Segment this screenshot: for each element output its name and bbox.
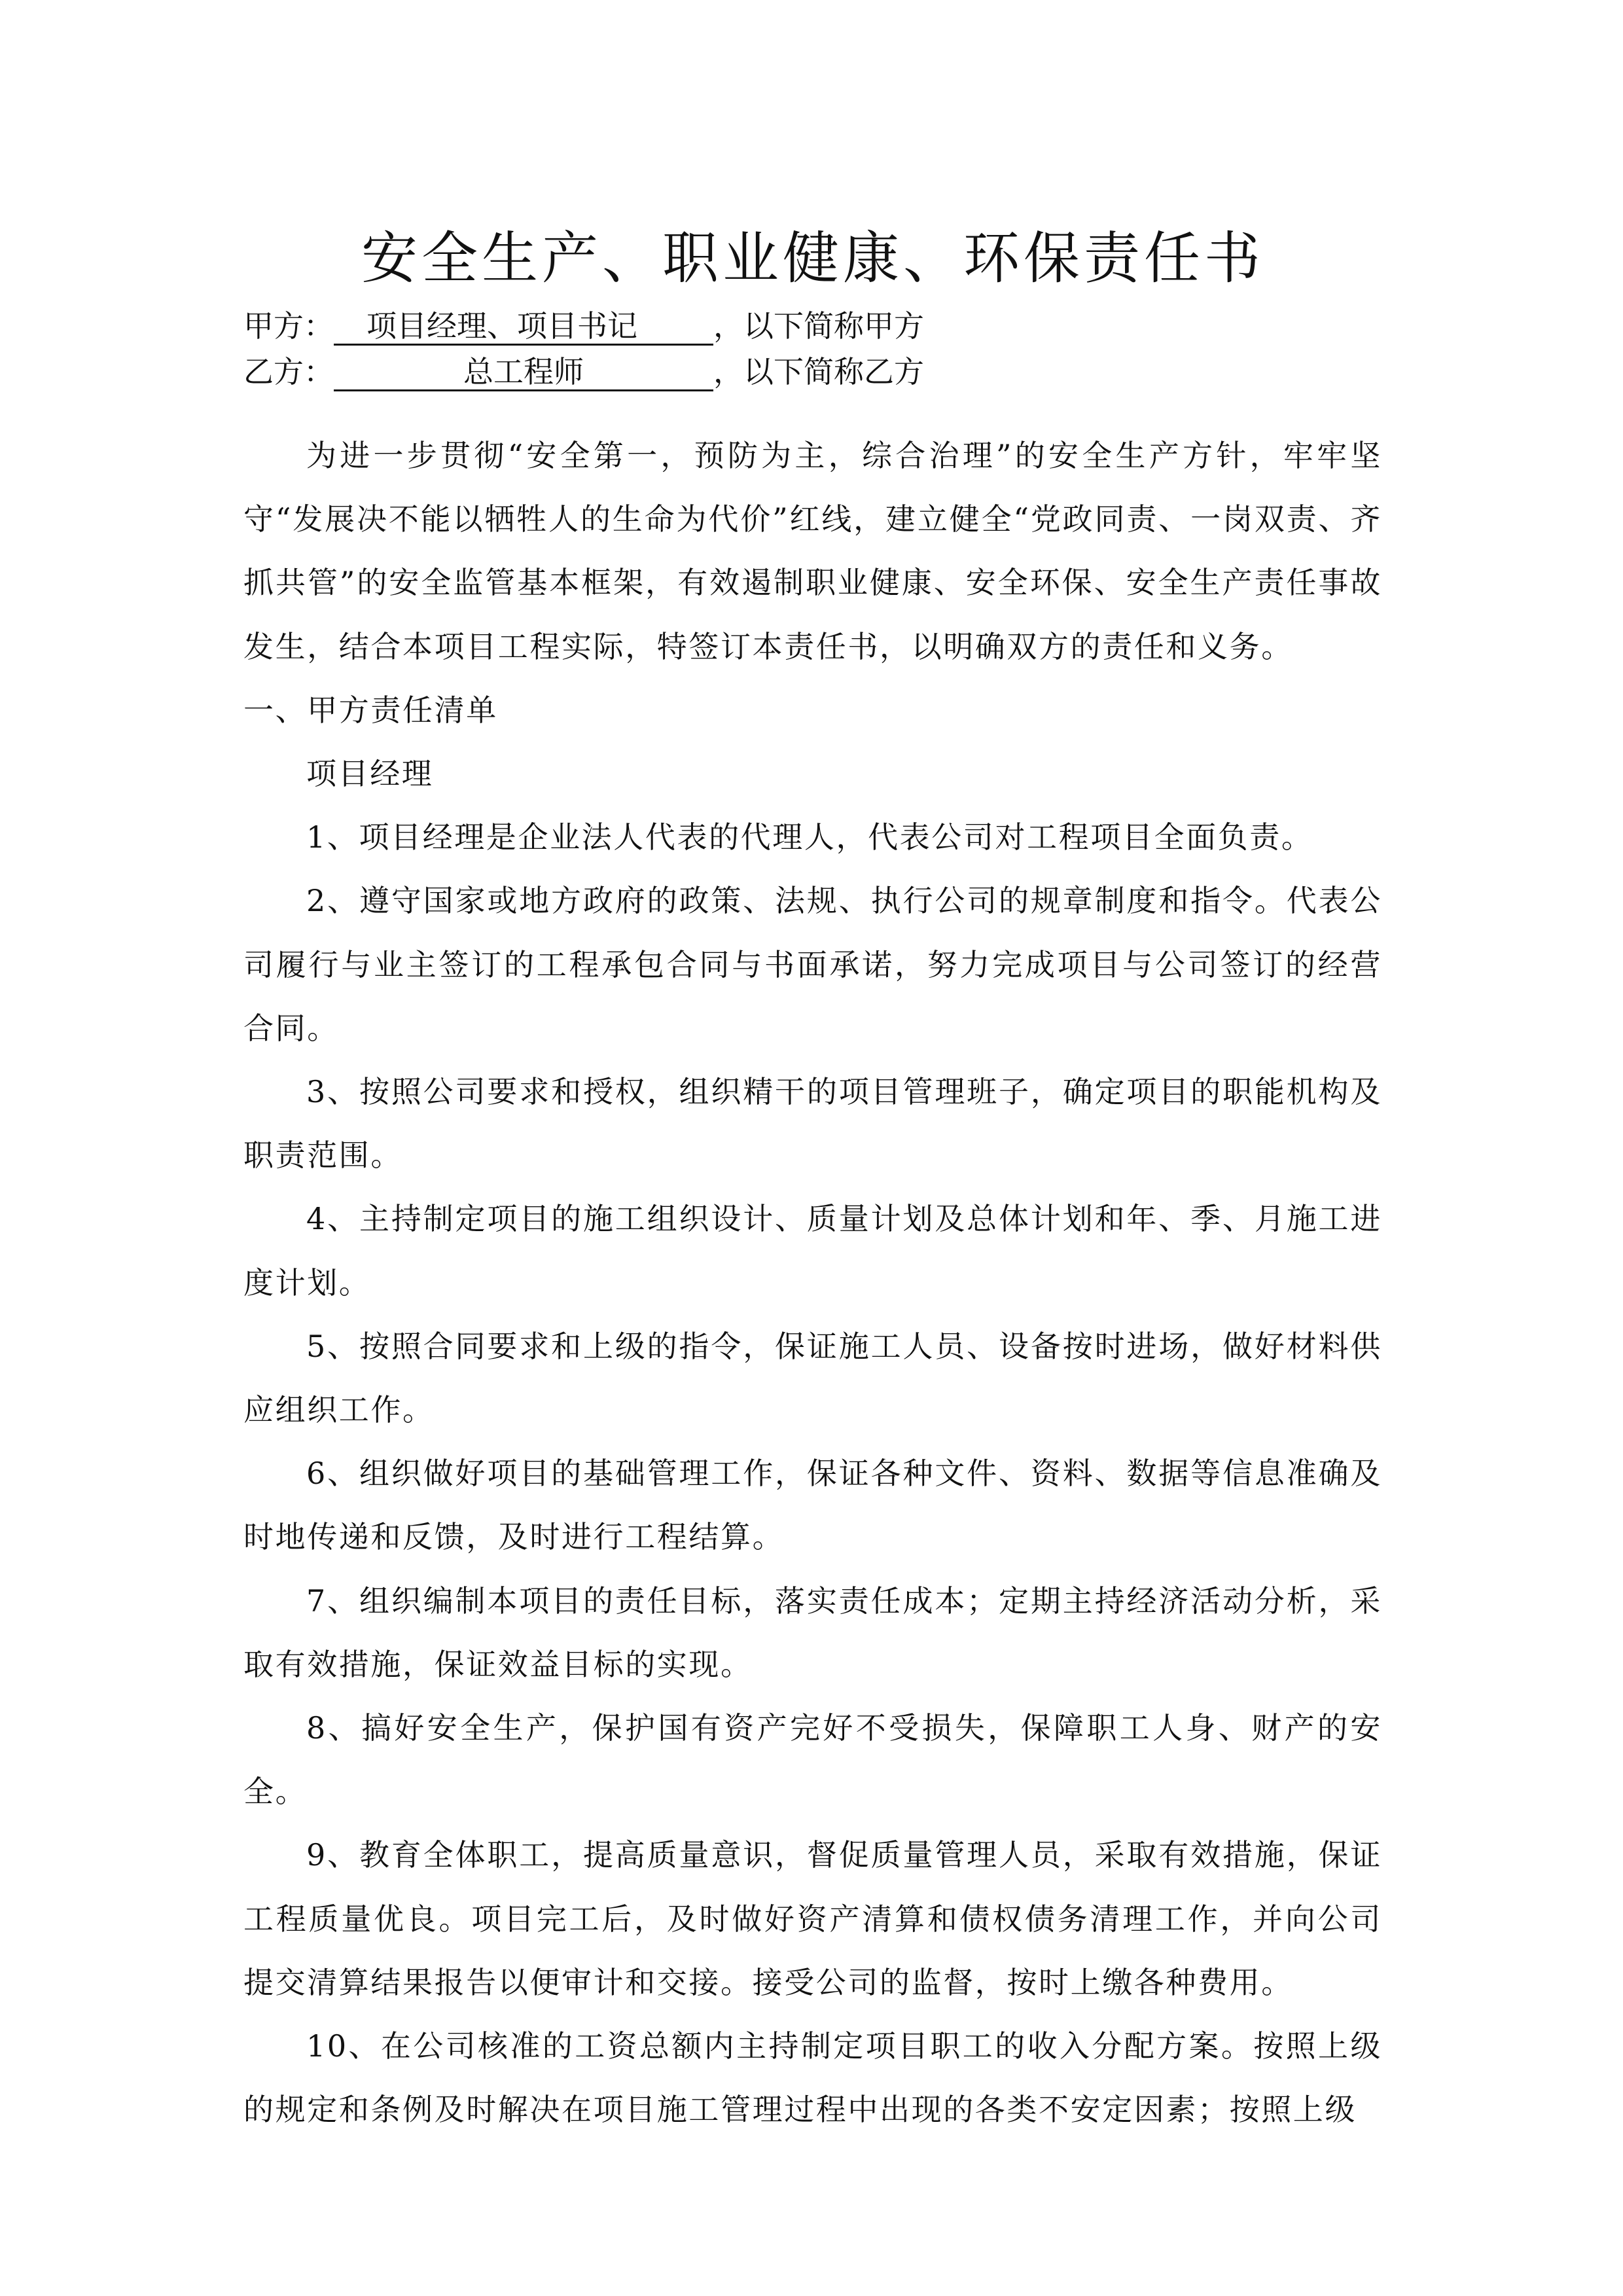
party-b-label: 乙方：	[243, 354, 334, 389]
list-item: 8、搞好安全生产，保护国有资产完好不受损失，保障职工人身、财产的安全。	[243, 1696, 1382, 1823]
list-item: 3、按照公司要求和授权，组织精干的项目管理班子，确定项目的职能机构及职责范围。	[243, 1060, 1382, 1187]
section-subheading: 项目经理	[243, 742, 1382, 806]
party-a-line: 甲方：项目经理、项目书记，以下简称甲方	[243, 306, 924, 346]
party-b-suffix: ，以下简称乙方	[713, 354, 924, 389]
party-a-value: 项目经理、项目书记	[334, 308, 713, 346]
document-body: 为进一步贯彻“安全第一，预防为主，综合治理”的安全生产方针，牢牢坚守“发展决不能…	[243, 424, 1382, 2142]
preamble-paragraph: 为进一步贯彻“安全第一，预防为主，综合治理”的安全生产方针，牢牢坚守“发展决不能…	[243, 424, 1382, 679]
list-item: 2、遵守国家或地方政府的政策、法规、执行公司的规章制度和指令。代表公司履行与业主…	[243, 869, 1382, 1060]
document-title: 安全生产、职业健康、环保责任书	[243, 223, 1382, 295]
section-heading: 一、甲方责任清单	[243, 679, 1382, 742]
list-item: 10、在公司核准的工资总额内主持制定项目职工的收入分配方案。按照上级的规定和条例…	[243, 2015, 1382, 2142]
party-b-value: 总工程师	[334, 354, 713, 391]
party-a-suffix: ，以下简称甲方	[713, 308, 924, 344]
list-item: 1、项目经理是企业法人代表的代理人，代表公司对工程项目全面负责。	[243, 806, 1382, 869]
party-a-label: 甲方：	[243, 308, 334, 344]
list-item: 7、组织编制本项目的责任目标，落实责任成本；定期主持经济活动分析，采取有效措施，…	[243, 1570, 1382, 1696]
party-b-line: 乙方：总工程师，以下简称乙方	[243, 352, 924, 391]
list-item: 9、教育全体职工，提高质量意识，督促质量管理人员，采取有效措施，保证工程质量优良…	[243, 1823, 1382, 2015]
list-item: 5、按照合同要求和上级的指令，保证施工人员、设备按时进场，做好材料供应组织工作。	[243, 1315, 1382, 1442]
list-item: 6、组织做好项目的基础管理工作，保证各种文件、资料、数据等信息准确及时地传递和反…	[243, 1442, 1382, 1569]
list-item: 4、主持制定项目的施工组织设计、质量计划及总体计划和年、季、月施工进度计划。	[243, 1187, 1382, 1314]
